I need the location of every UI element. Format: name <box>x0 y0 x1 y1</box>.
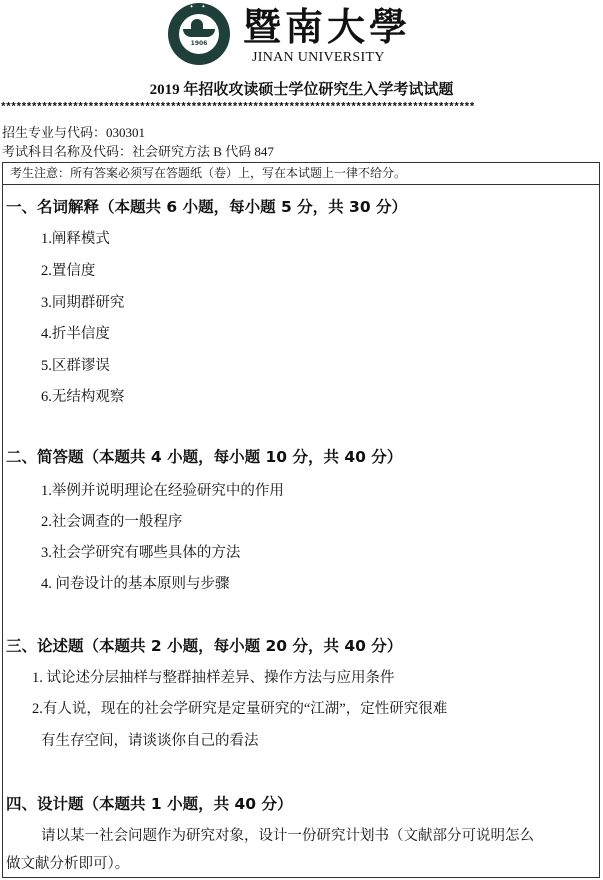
major-code-line: 招生专业与代码：030301 <box>2 124 145 141</box>
question-item: 2.置信度 <box>41 261 95 281</box>
question-item-continuation: 做文献分析即可）。 <box>6 854 129 874</box>
document-header: ✦ ✦ ✦ ✦ 1906 暨南大學 JINAN UNIVERSITY <box>0 0 603 70</box>
question-item: 2.有人说，现在的社会学研究是定量研究的“江湖”，定性研究很难 <box>32 699 447 719</box>
subject-code-line: 考试科目名称及代码：社会研究方法 B 代码 847 <box>2 143 274 160</box>
section-heading-1: 一、名词解释（本题共 6 小题，每小题 5 分，共 30 分） <box>6 197 407 217</box>
question-item: 6.无结构观察 <box>41 387 124 407</box>
seal-ring-text: ✦ ✦ ✦ ✦ <box>168 4 230 10</box>
question-item: 3.社会学研究有哪些具体的方法 <box>41 543 240 563</box>
exam-title: 2019 年招收攻读硕士学位研究生入学考试试题 <box>0 80 603 100</box>
boat-icon <box>183 29 215 37</box>
university-name-cn: 暨南大學 <box>243 6 411 48</box>
section-heading-4: 四、设计题（本题共 1 小题，共 40 分） <box>6 794 292 814</box>
question-item: 1.举例并说明理论在经验研究中的作用 <box>41 481 284 501</box>
question-item: 1.阐释模式 <box>41 229 110 249</box>
question-item: 4. 问卷设计的基本原则与步骤 <box>41 574 230 594</box>
question-item: 1. 试论述分层抽样与整群抽样差异、操作方法与应用条件 <box>32 668 395 688</box>
question-item: 2.社会调查的一般程序 <box>41 512 182 532</box>
question-item: 4.折半信度 <box>41 324 110 344</box>
notice-box: 考生注意：所有答案必须写在答题纸（卷）上，写在本试题上一律不给分。 <box>2 162 600 185</box>
question-item-continuation: 有生存空间，请谈谈你自己的看法 <box>41 731 259 751</box>
section-heading-3: 三、论述题（本题共 2 小题，每小题 20 分，共 40 分） <box>6 636 402 656</box>
seal-year: 1906 <box>189 40 209 47</box>
question-item: 5.区群谬误 <box>41 356 110 376</box>
question-item: 3.同期群研究 <box>41 293 124 313</box>
section-heading-2: 二、简答题（本题共 4 小题，每小题 10 分，共 40 分） <box>6 447 402 467</box>
university-name-en: JINAN UNIVERSITY <box>252 50 385 66</box>
star-separator: ****************************************… <box>0 101 603 115</box>
university-seal-icon: ✦ ✦ ✦ ✦ 1906 <box>168 3 230 65</box>
question-item: 请以某一社会问题作为研究对象，设计一份研究计划书（文献部分可说明怎么 <box>41 826 534 846</box>
